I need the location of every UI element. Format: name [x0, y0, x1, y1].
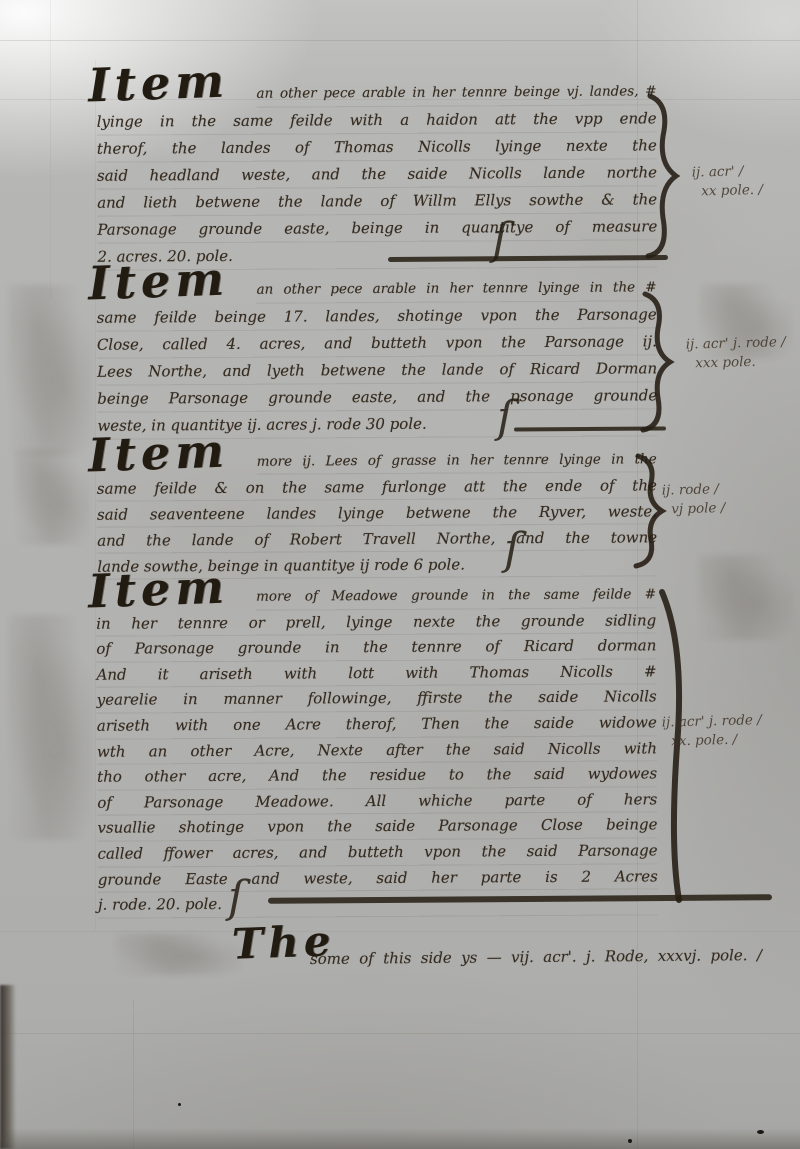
manuscript-line: called ffower acres, and butteth vpon th… [98, 838, 658, 867]
manuscript-line: beinge Parsonage grounde easte, and the … [97, 382, 657, 412]
pen-flourish [497, 396, 513, 440]
manuscript-line: Close, called 4. acres, and butteth vpon… [97, 328, 657, 358]
manuscript-line: And it ariseth with lott with Thomas Nic… [96, 659, 656, 688]
manuscript-line: yearelie in manner followinge, ffirste t… [97, 685, 657, 714]
ink-speck [178, 1103, 181, 1106]
manuscript-line: more of Meadowe grounde in the same feil… [256, 582, 656, 610]
brace-mark [634, 290, 676, 434]
item-entry-1: Item an other pece arable in her tennre … [0, 0, 800, 1149]
pen-flourish [504, 528, 520, 572]
bleedthrough-mark [115, 933, 240, 975]
end-rule-mark [268, 894, 772, 904]
entry-body: more of Meadowe grounde in the same feil… [96, 582, 658, 918]
item-entry-2: Item an other pece arable in her tennre … [0, 0, 800, 1149]
ruling-line [0, 931, 800, 932]
manuscript-line: weste, in quantitye ij. acres j. rode 30… [97, 409, 657, 439]
manuscript-line: 2. acres. 20. pole. [97, 240, 657, 270]
manuscript-line: vsuallie shotinge vpon the saide Parsona… [97, 813, 657, 842]
manuscript-line: more ij. Lees of grasse in her tennre ly… [257, 446, 657, 474]
binding-gutter-shadow [0, 985, 16, 1149]
manuscript-page: Item an other pece arable in her tennre … [0, 0, 800, 1149]
manuscript-line: and the lande of Robert Travell Northe, … [97, 524, 657, 553]
brace-mark [638, 92, 682, 260]
manuscript-line: wth an other Acre, Nexte after the said … [97, 736, 657, 765]
ruling-line [0, 1033, 800, 1034]
sum-initial: The [231, 920, 336, 966]
manuscript-line: ariseth with one Acre therof, Then the s… [97, 710, 657, 739]
margin-measurement-note: ij. rode / vj pole / [662, 478, 789, 519]
ruling-line [0, 99, 800, 100]
manuscript-line: lande sowthe, beinge in quantitye ij rod… [97, 550, 657, 579]
item-entry-3: Item more ij. Lees of grasse in her tenn… [0, 0, 800, 1149]
manuscript-line: therof, the landes of Thomas Nicolls lyi… [97, 132, 657, 162]
manuscript-line: said headland weste, and the saide Nicol… [97, 159, 657, 189]
margin-measurement-note: ij. acr' j. rode / xx. pole. / [662, 710, 789, 751]
manuscript-line: Parsonage grounde easte, beinge in quant… [97, 213, 657, 243]
ruling-line [50, 0, 51, 300]
ruling-line [133, 1000, 134, 1149]
manuscript-line: an other pece arable in her tennre lying… [257, 274, 657, 303]
manuscript-line: and lieth betwene the lande of Willm Ell… [97, 186, 657, 216]
manuscript-line: lyinge in the same feilde with a haidon … [97, 105, 657, 135]
bleedthrough-mark [8, 285, 93, 455]
sum-text: some of this side ys — vij. acr'. j. Rod… [310, 946, 762, 968]
bleedthrough-mark [8, 615, 93, 840]
manuscript-line: same feilde & on the same furlonge att t… [97, 472, 657, 501]
ink-speck [757, 1130, 764, 1134]
item-initial: Item [87, 58, 229, 109]
manuscript-line: grounde Easte and weste, said her parte … [98, 864, 658, 893]
ruling-line [95, 60, 96, 930]
end-rule-mark [388, 255, 668, 262]
ruling-line [0, 40, 800, 41]
page-bottom-edge [0, 1128, 800, 1149]
item-initial: Item [87, 428, 229, 479]
manuscript-line: in her tennre or prell, lyinge nexte the… [96, 608, 656, 637]
item-entry-4: Item more of Meadowe grounde in the same… [0, 0, 800, 1149]
bleedthrough-mark [700, 284, 792, 359]
bleedthrough-mark [15, 450, 90, 545]
item-initial: Item [87, 256, 229, 307]
manuscript-line: same feilde beinge 17. landes, shotinge … [97, 301, 657, 331]
entry-body: more ij. Lees of grasse in her tennre ly… [97, 446, 658, 579]
brace-mark [628, 452, 668, 570]
manuscript-line: of Parsonage Meadowe. All whiche parte o… [97, 787, 657, 816]
manuscript-line: tho other acre, And the residue to the s… [97, 761, 657, 790]
ink-speck [628, 1139, 632, 1143]
entry-body: an other pece arable in her tennre lying… [97, 274, 658, 439]
item-initial: Item [87, 564, 229, 615]
bleedthrough-mark [698, 555, 793, 640]
pen-flourish [228, 876, 244, 920]
ruling-line [637, 0, 638, 1149]
manuscript-line: said seaventeene landes lyinge betwene t… [97, 498, 657, 527]
sum-line: The some of this side ys — vij. acr'. j.… [0, 0, 800, 1149]
entry-body: an other pece arable in her tennre being… [96, 78, 657, 270]
brace-mark [652, 588, 688, 904]
manuscript-line: of Parsonage grounde in the tennre of Ri… [96, 633, 656, 662]
manuscript-line: j. rode. 20. pole. [98, 889, 658, 918]
manuscript-line: an other pece arable in her tennre being… [256, 78, 656, 107]
pen-flourish [492, 218, 508, 262]
manuscript-line: Lees Northe, and lyeth betwene the lande… [97, 355, 657, 385]
margin-measurement-note: ij. acr' / xx pole. / [692, 160, 800, 201]
end-rule-mark [514, 426, 666, 431]
